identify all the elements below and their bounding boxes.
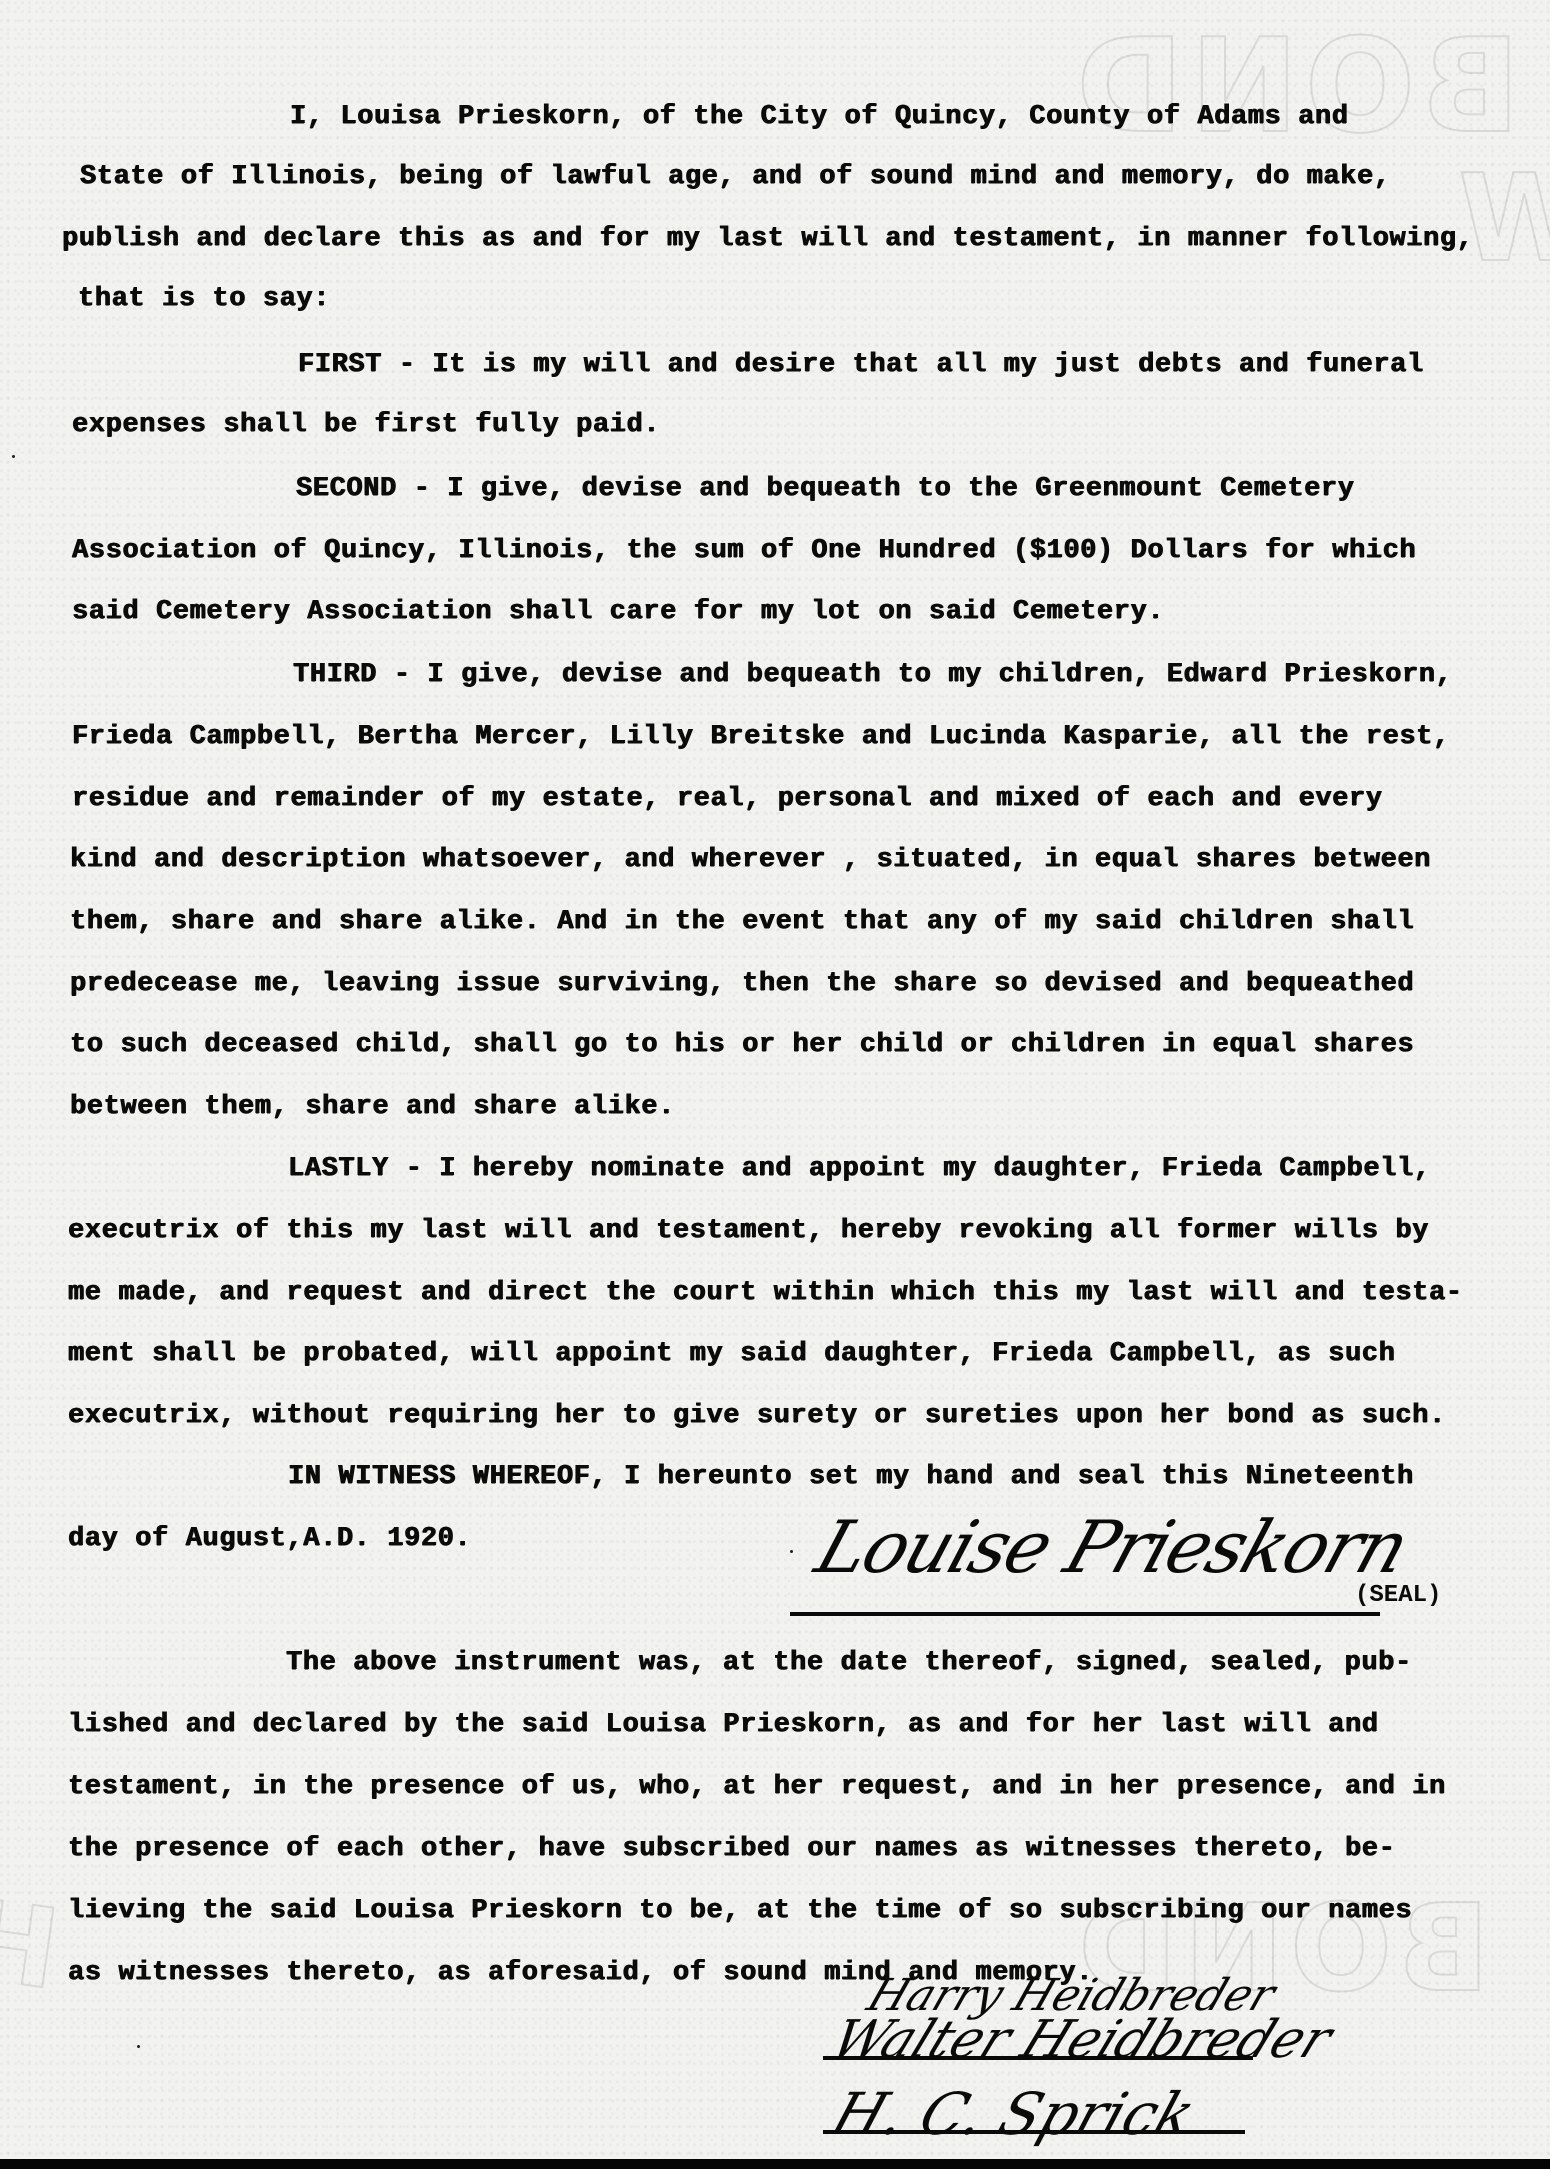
first-clause-line-1: FIRST - It is my will and desire that al… — [298, 350, 1424, 380]
attestation-line-5: lieving the said Louisa Prieskorn to be,… — [68, 1896, 1412, 1926]
attestation-line-4: the presence of each other, have subscri… — [68, 1834, 1395, 1864]
bond-watermark: BOND — [1070, 10, 1520, 162]
third-clause-line-2: Frieda Campbell, Bertha Mercer, Lilly Br… — [72, 722, 1450, 752]
scan-speck — [12, 455, 15, 458]
intro-line-4: that is to say: — [78, 284, 330, 314]
second-clause-line-2: Association of Quincy, Illinois, the sum… — [72, 536, 1416, 566]
third-clause-line-1: THIRD - I give, devise and bequeath to m… — [293, 660, 1452, 690]
scan-speck — [790, 1550, 793, 1553]
second-clause-line-1: SECOND - I give, devise and bequeath to … — [296, 474, 1355, 504]
witness-signature-2: Walter Heidbreder — [823, 2010, 1341, 2070]
seal-label: (SEAL) — [1355, 1582, 1441, 1609]
third-clause-line-8: between them, share and share alike. — [70, 1092, 675, 1122]
document-page: BOND W BOND H I, Louisa Prieskorn, of th… — [0, 0, 1550, 2169]
witness-clause-line-1: IN WITNESS WHEREOF, I hereunto set my ha… — [288, 1462, 1414, 1492]
attestation-line-3: testament, in the presence of us, who, a… — [68, 1772, 1446, 1802]
witness-clause-line-2: day of August,A.D. 1920. — [68, 1524, 471, 1554]
intro-line-1: I, Louisa Prieskorn, of the City of Quin… — [290, 102, 1349, 132]
third-clause-line-3: residue and remainder of my estate, real… — [72, 784, 1383, 814]
scan-bottom-edge — [0, 2159, 1550, 2169]
lastly-clause-line-4: ment shall be probated, will appoint my … — [68, 1339, 1395, 1369]
lastly-clause-line-5: executrix, without requiring her to give… — [68, 1401, 1446, 1431]
watermark-fragment-left: H — [0, 1874, 66, 2014]
witness-signature-line-1 — [823, 2056, 1253, 2060]
witness-signature-line-2 — [823, 2130, 1245, 2134]
lastly-clause-line-3: me made, and request and direct the cour… — [68, 1278, 1463, 1308]
testator-signature-line — [790, 1612, 1380, 1616]
attestation-line-2: lished and declared by the said Louisa P… — [68, 1710, 1379, 1740]
intro-line-3: publish and declare this as and for my l… — [62, 224, 1473, 254]
testator-signature: Louise Prieskorn — [806, 1505, 1418, 1589]
second-clause-line-3: said Cemetery Association shall care for… — [72, 597, 1164, 627]
third-clause-line-5: them, share and share alike. And in the … — [70, 907, 1414, 937]
intro-line-2: State of Illinois, being of lawful age, … — [80, 162, 1391, 192]
lastly-clause-line-2: executrix of this my last will and testa… — [68, 1216, 1429, 1246]
third-clause-line-6: predecease me, leaving issue surviving, … — [70, 969, 1414, 999]
third-clause-line-7: to such deceased child, shall go to his … — [70, 1030, 1414, 1060]
scan-speck — [137, 2045, 140, 2048]
first-clause-line-2: expenses shall be first fully paid. — [72, 410, 660, 440]
witness-signature-3: H. C. Sprick — [824, 2080, 1204, 2148]
attestation-line-1: The above instrument was, at the date th… — [286, 1648, 1412, 1678]
third-clause-line-4: kind and description whatsoever, and whe… — [70, 845, 1431, 875]
bond-watermark-secondary: W — [1452, 150, 1550, 289]
lastly-clause-line-1: LASTLY - I hereby nominate and appoint m… — [288, 1154, 1431, 1184]
